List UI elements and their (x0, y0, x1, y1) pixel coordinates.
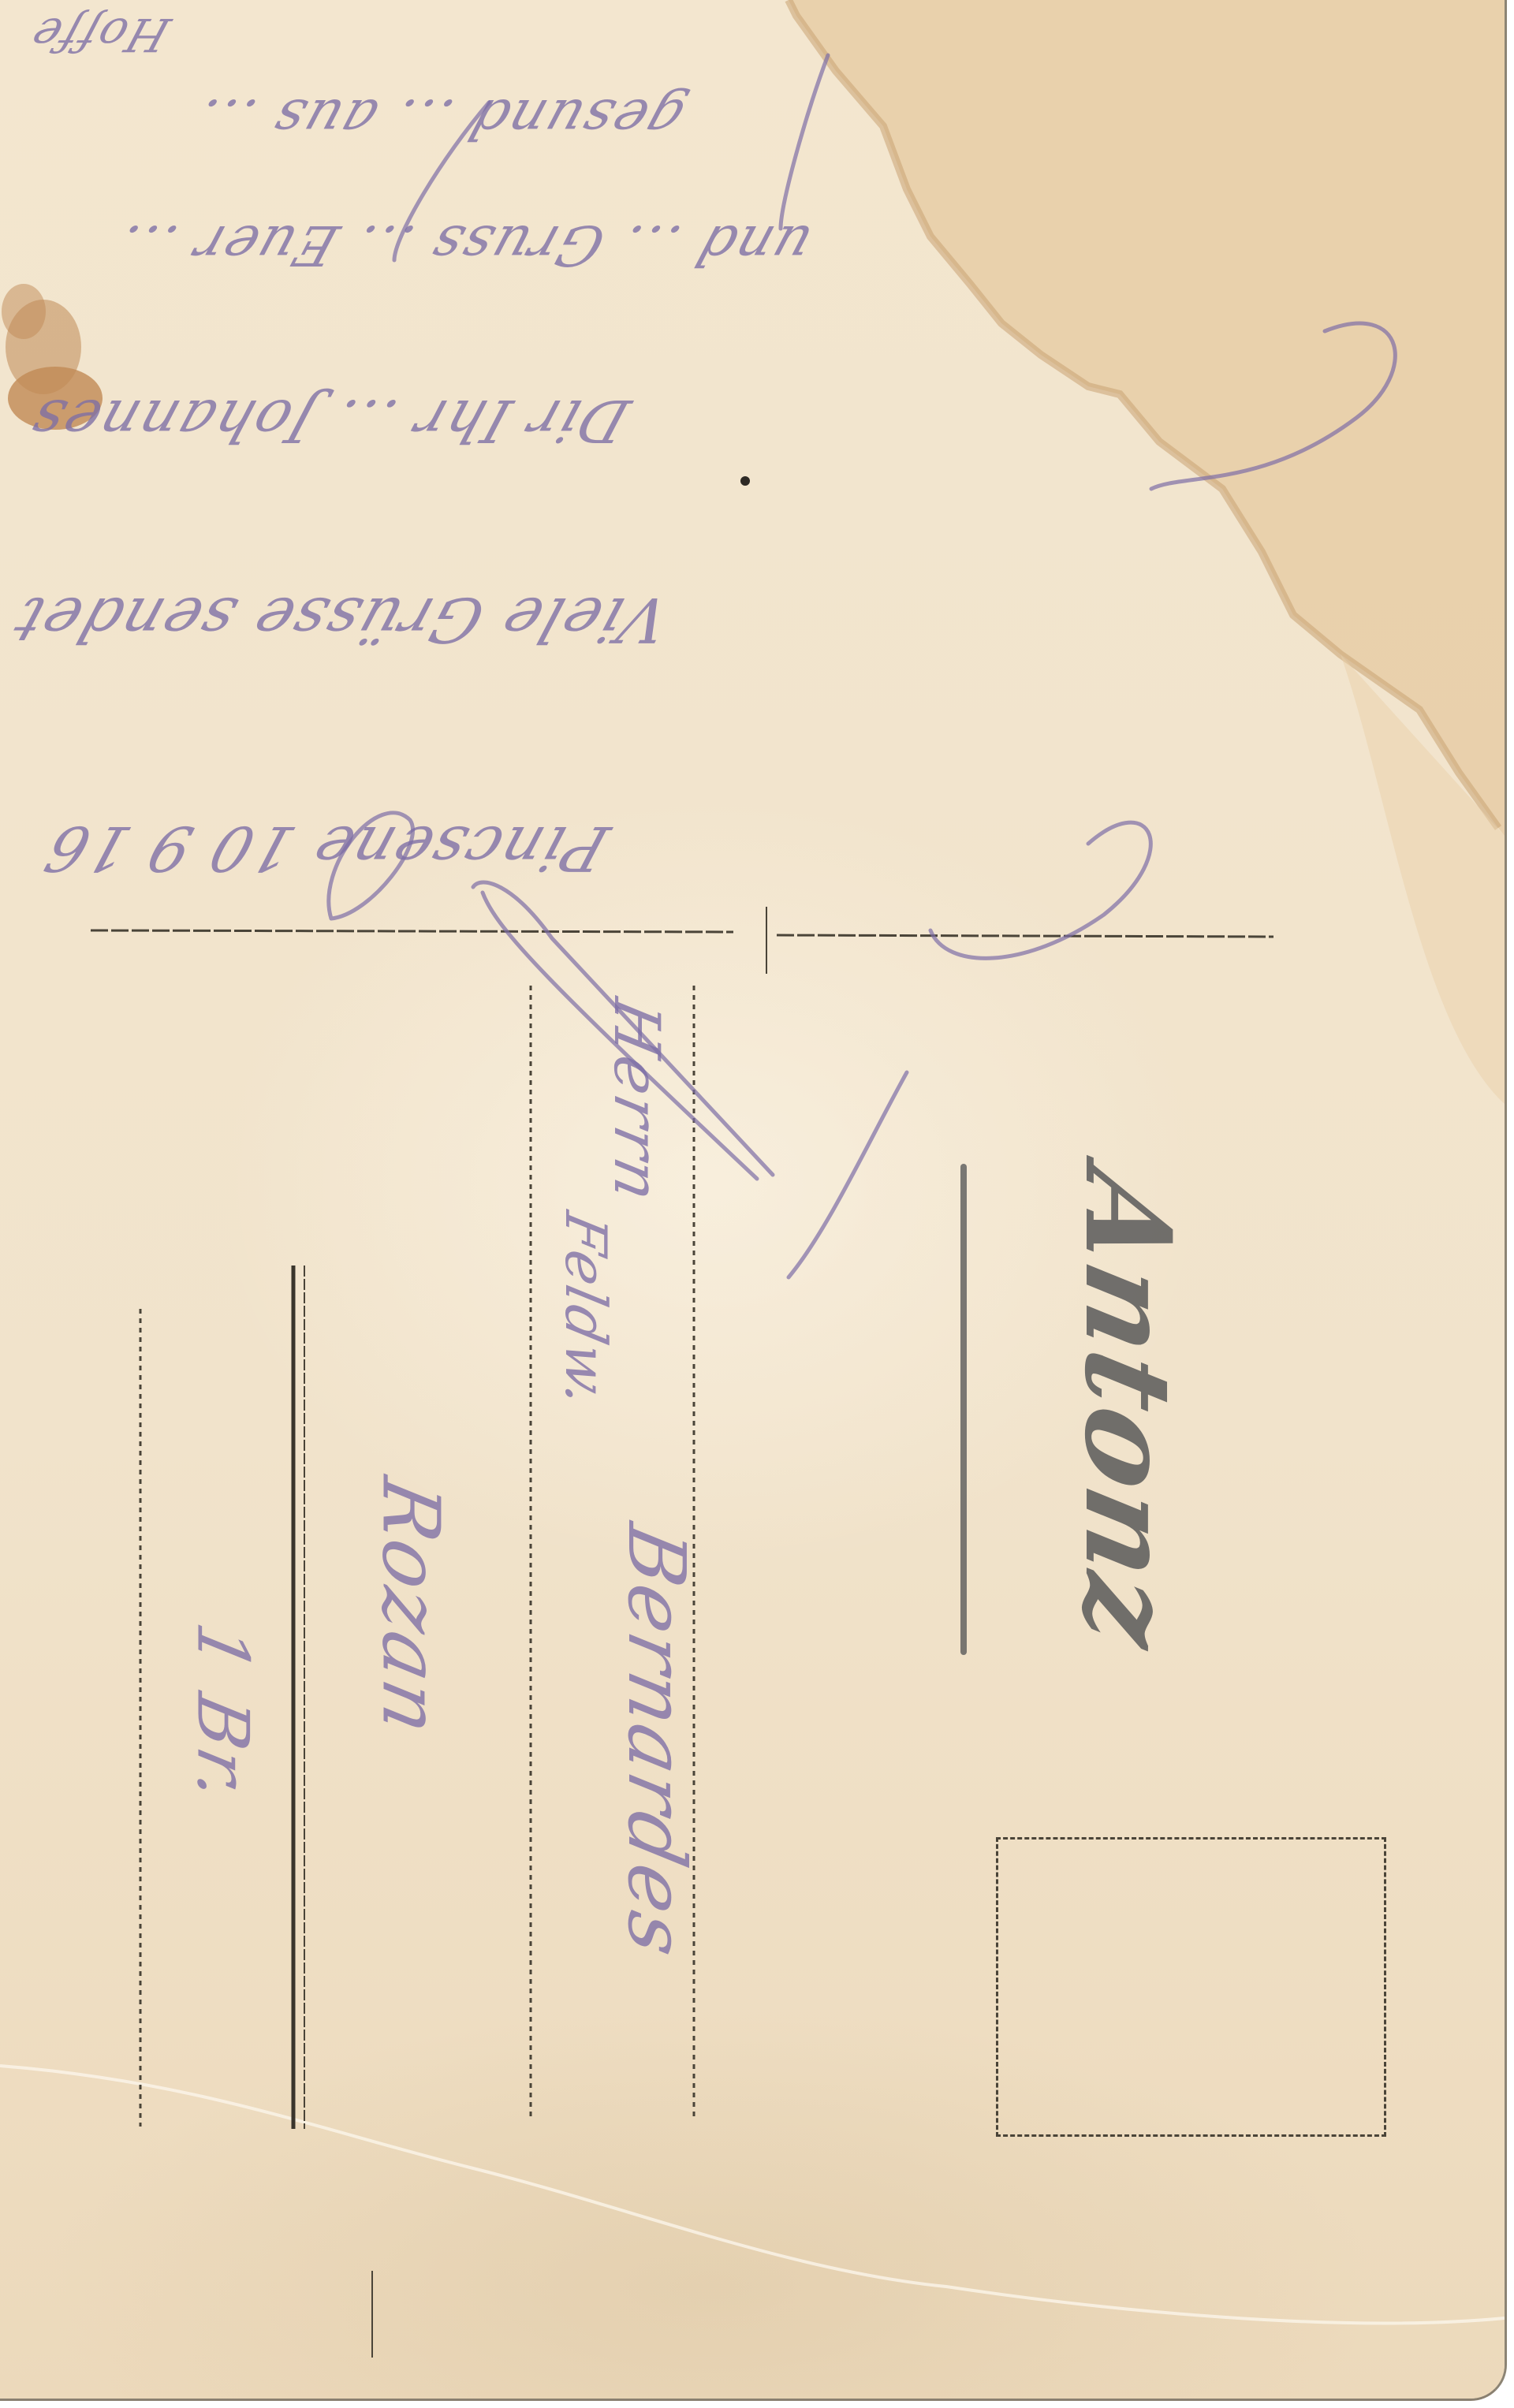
address-line-3: Bernardes (610, 1517, 703, 1966)
handwriting-flourishes (0, 0, 1505, 2399)
address-line-4: Rozan (365, 1471, 457, 1744)
address-line-5: 1 Br. (181, 1616, 263, 1810)
address-line-1: Herrn (600, 993, 673, 1210)
message-line-3: und ... Gruss ... Euer ... (108, 213, 820, 278)
message-line-1: Hoffe (23, 8, 177, 62)
message-line-2: gesund ... aus ... (187, 87, 694, 151)
message-line-6-date: Pincsene 10 9 16 (35, 812, 617, 883)
recipient-name-pencil: Antonz (1058, 1119, 1197, 1700)
message-line-5: Viele Grüsse sendet (4, 583, 677, 654)
address-line-2: Feldw. (553, 1206, 619, 1415)
postcard-back: Hoffe gesund ... aus ... und ... Gruss .… (0, 0, 1507, 2401)
message-line-4: Dir Ihr ... Johannes (21, 386, 638, 454)
